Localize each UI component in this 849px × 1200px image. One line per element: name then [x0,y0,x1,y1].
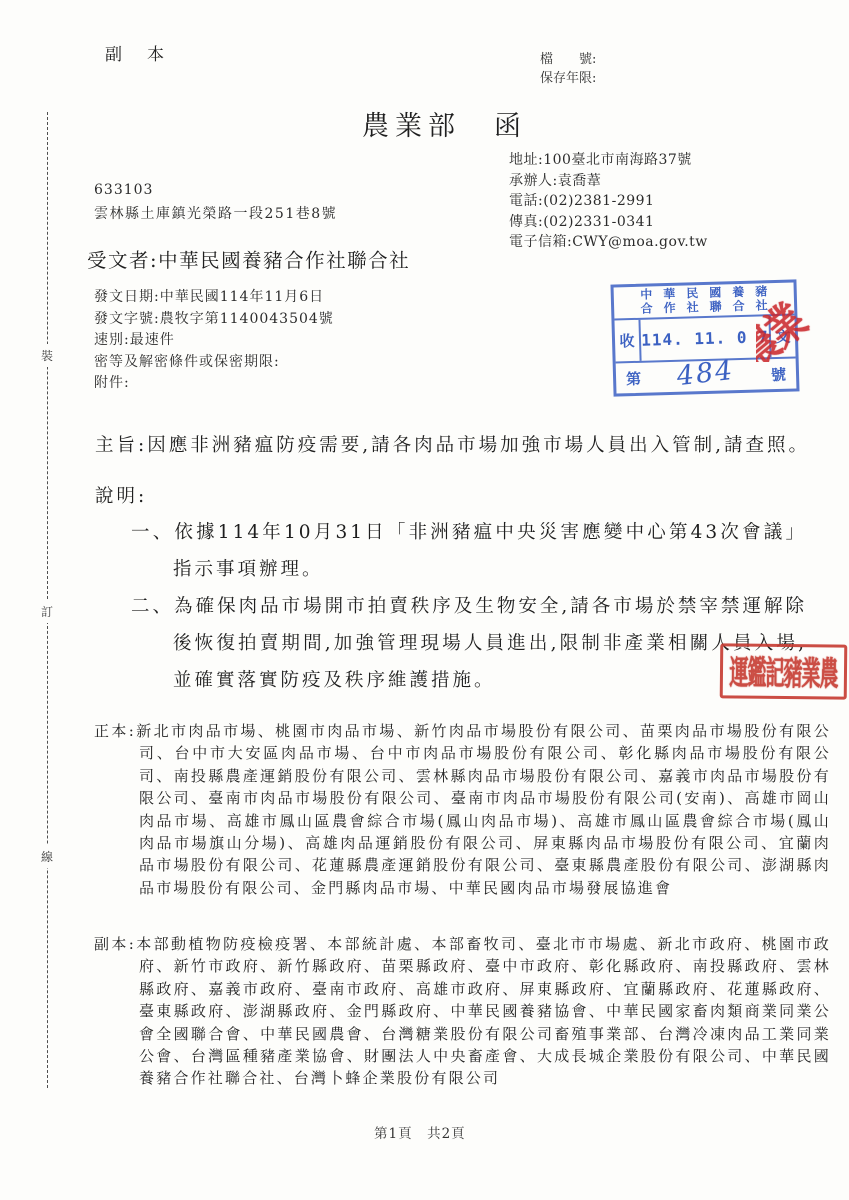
recipient-line: 受文者:中華民國養豬合作社聯合社 [87,245,410,273]
agency-address-line: 地址:100臺北市南海路37號 [509,150,708,171]
copy-distribution-list: 本部動植物防疫檢疫署、本部統計處、本部畜牧司、臺北市市場處、新北市政府、桃園市政… [136,935,831,1087]
receipt-stamp-received-label: 收 [614,320,641,362]
issue-date-line: 發文日期:中華民國114年11月6日 [94,287,334,309]
document-meta-block: 發文日期:中華民國114年11月6日 發文字號:農牧字第1140043504號 … [94,287,334,395]
page-number-footer: 第1頁 共2頁 [374,1122,466,1142]
recipient-address: 雲林縣土庫鎮光榮路一段251巷8號 [94,203,337,223]
subject-paragraph: 主旨:因應非洲豬瘟防疫需要,請各肉品市場加強市場人員出入管制,請查照。 [95,427,849,464]
agency-fax-line: 傳真:(02)2331-0341 [509,212,708,233]
description-items: 一、依據114年10月31日「非洲豬瘟中央災害應變中心第43次會議」指示事項辦理… [131,514,807,699]
receipt-stamp-no-suffix: 號 [771,363,787,384]
agency-corner-seal-text: 農業部 [756,286,849,362]
description-heading: 說明: [95,482,147,508]
scanned-official-letter-page: 裝 訂 線 副 本 檔 號: 保存年限: 農業部 函 地址:100臺北市南海路3… [0,0,849,1200]
copy-distribution-label: 副本: [94,935,136,953]
subject-text: 因應非洲豬瘟防疫需要,請各肉品市場加強市場人員出入管制,請查照。 [147,435,810,456]
priority-line: 速別:最速件 [94,330,334,352]
seal-script-stamp: 運鑑記豬業農 [720,643,848,699]
seal-script-stamp-glyphs: 運鑑記豬業農 [729,647,838,695]
file-number-label: 檔 號: [540,50,596,69]
list-item: 二、為確保肉品市場開市拍賣秩序及生物安全,請各市場於禁宰禁運解除後恢復拍賣期間,… [131,588,807,699]
classification-line: 密等及解密條件或保密期限: [94,352,334,374]
original-distribution-list: 新北市肉品市場、桃園市肉品市場、新竹肉品市場股份有限公司、苗栗肉品市場股份有限公… [136,722,831,897]
file-number-box: 檔 號: 保存年限: [540,50,596,88]
agency-phone-line: 電話:(02)2381-2991 [509,191,708,212]
binding-label-xian: 線 [40,845,54,868]
binding-label-zhuang: 裝 [40,344,54,367]
attachment-line: 附件: [94,373,334,395]
binding-label-ding: 訂 [40,600,54,623]
original-distribution-label: 正本: [94,722,136,740]
list-item: 一、依據114年10月31日「非洲豬瘟中央災害應變中心第43次會議」指示事項辦理… [131,514,807,588]
list-item-number: 一、 [131,522,174,543]
agency-corner-seal: 農業部 [756,286,849,362]
agency-email-line: 電子信箱:CWY@moa.gov.tw [509,232,708,253]
list-item-text: 依據114年10月31日「非洲豬瘟中央災害應變中心第43次會議」指示事項辦理。 [173,522,807,580]
agency-contact-person-line: 承辦人:袁喬葦 [509,171,708,192]
recipient-zipcode: 633103 [94,182,153,198]
receipt-stamp-number-row: 第 484 號 [616,356,797,393]
original-distribution: 正本:新北市肉品市場、桃園市肉品市場、新竹肉品市場股份有限公司、苗栗肉品市場股份… [94,720,831,899]
list-item-number: 二、 [131,596,174,617]
receipt-stamp-no-prefix: 第 [626,367,642,388]
receipt-stamp-handwritten-number: 484 [675,354,736,391]
receipt-stamp-date: 114. 11. 0 7 [640,316,769,361]
document-title: 農業部 函 [362,104,527,143]
subject-label: 主旨: [95,435,147,456]
issue-number-line: 發文字號:農牧字第1140043504號 [94,309,334,331]
agency-contact-block: 地址:100臺北市南海路37號 承辦人:袁喬葦 電話:(02)2381-2991… [509,150,708,253]
copy-distribution: 副本:本部動植物防疫檢疫署、本部統計處、本部畜牧司、臺北市市場處、新北市政府、桃… [94,933,831,1090]
retention-period-label: 保存年限: [540,69,596,88]
copy-watermark-label: 副 本 [105,40,168,65]
list-item-text: 為確保肉品市場開市拍賣秩序及生物安全,請各市場於禁宰禁運解除後恢復拍賣期間,加強… [173,596,807,691]
